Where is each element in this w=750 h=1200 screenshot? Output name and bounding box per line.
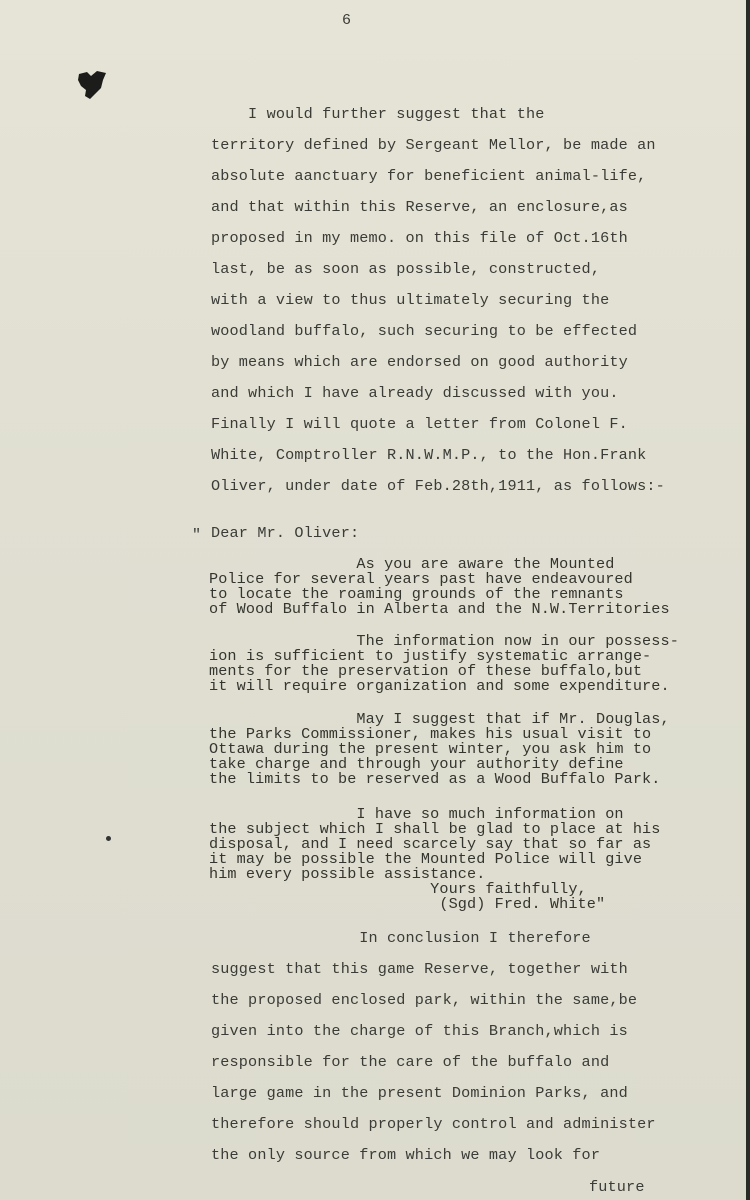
page-edge-shadow bbox=[746, 0, 750, 1200]
text-line: In conclusion I therefore bbox=[211, 929, 591, 947]
text-line: and that within this Reserve, an enclosu… bbox=[211, 198, 628, 216]
text-line: and which I have already discussed with … bbox=[211, 384, 619, 402]
text-line: by means which are endorsed on good auth… bbox=[211, 353, 628, 371]
catchword: future bbox=[589, 1178, 645, 1196]
text-line: White, Comptroller R.N.W.M.P., to the Ho… bbox=[211, 446, 646, 464]
text-line: the only source from which we may look f… bbox=[211, 1146, 600, 1164]
letter-salutation: Dear Mr. Oliver: bbox=[211, 524, 359, 542]
text-line: the proposed enclosed park, within the s… bbox=[211, 991, 637, 1009]
open-quote-mark: " bbox=[192, 527, 201, 544]
text-line: Finally I will quote a letter from Colon… bbox=[211, 415, 628, 433]
text-line: territory defined by Sergeant Mellor, be… bbox=[211, 136, 656, 154]
ink-dot bbox=[106, 836, 111, 841]
text-line: large game in the present Dominion Parks… bbox=[211, 1084, 628, 1102]
text-line: therefore should properly control and ad… bbox=[211, 1115, 656, 1133]
text-line: absolute aanctuary for beneficient anima… bbox=[211, 167, 646, 185]
text-line: last, be as soon as possible, constructe… bbox=[211, 260, 600, 278]
text-line: with a view to thus ultimately securing … bbox=[211, 291, 609, 309]
letter-signature: (Sgd) Fred. White" bbox=[209, 897, 605, 912]
text-line: responsible for the care of the buffalo … bbox=[211, 1053, 609, 1071]
text-line: of Wood Buffalo in Alberta and the N.W.T… bbox=[209, 602, 670, 617]
text-line: given into the charge of this Branch,whi… bbox=[211, 1022, 628, 1040]
text-line: the limits to be reserved as a Wood Buff… bbox=[209, 772, 661, 787]
text-line: woodland buffalo, such securing to be ef… bbox=[211, 322, 637, 340]
document-page: 6 I would further suggest that the terri… bbox=[0, 0, 746, 1200]
text-line: suggest that this game Reserve, together… bbox=[211, 960, 628, 978]
text-line: Oliver, under date of Feb.28th,1911, as … bbox=[211, 477, 665, 495]
text-line: it will require organization and some ex… bbox=[209, 679, 670, 694]
text-line: I would further suggest that the bbox=[211, 105, 545, 123]
ink-blot-icon bbox=[77, 70, 107, 100]
text-line: proposed in my memo. on this file of Oct… bbox=[211, 229, 628, 247]
page-number: 6 bbox=[342, 12, 351, 29]
